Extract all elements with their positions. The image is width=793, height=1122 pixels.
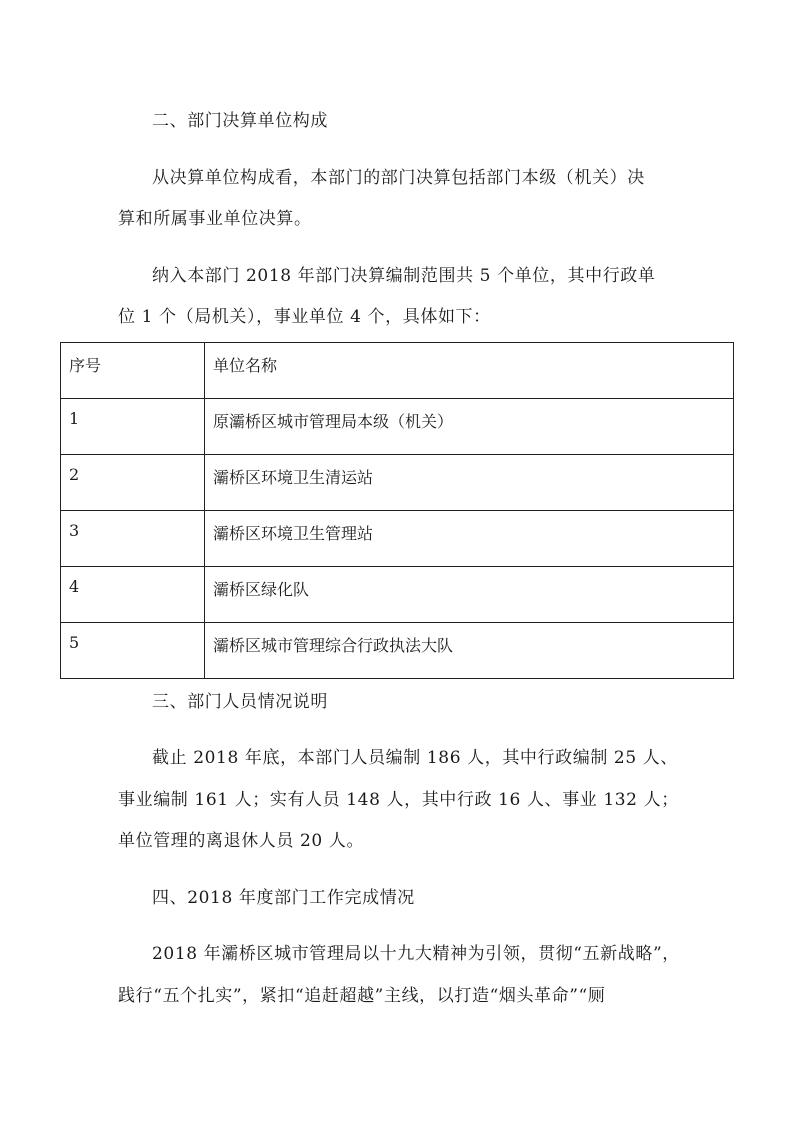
table-row: 5 灞桥区城市管理综合行政执法大队 (61, 623, 734, 679)
section4-para-line2: 践行“五个扎实”，紧扣“追赶超越”主线，以打造“烟头革命”“厕 (118, 981, 605, 1006)
section2-heading: 二、部门决算单位构成 (152, 106, 328, 131)
table-row: 1 原灞桥区城市管理局本级（机关） (61, 399, 734, 455)
row-unit-name: 原灞桥区城市管理局本级（机关） (205, 399, 734, 455)
row-index: 2 (61, 455, 205, 511)
table-row: 3 灞桥区环境卫生管理站 (61, 511, 734, 567)
section3-para-line3: 单位管理的离退休人员 20 人。 (118, 826, 364, 851)
row-unit-name: 灞桥区绿化队 (205, 567, 734, 623)
section3-para-line2: 事业编制 161 人；实有人员 148 人，其中行政 16 人、事业 132 人… (118, 785, 679, 810)
units-table: 序号 单位名称 1 原灞桥区城市管理局本级（机关） 2 灞桥区环境卫生清运站 3… (60, 342, 734, 679)
row-index: 4 (61, 567, 205, 623)
row-unit-name: 灞桥区城市管理综合行政执法大队 (205, 623, 734, 679)
section2-para1-line1: 从决算单位构成看，本部门的部门决算包括部门本级（机关）决 (152, 163, 645, 188)
section2-para2-line2: 位 1 个（局机关），事业单位 4 个，具体如下： (118, 302, 491, 327)
row-index: 1 (61, 399, 205, 455)
table-row: 2 灞桥区环境卫生清运站 (61, 455, 734, 511)
section2-para2-line1: 纳入本部门 2018 年部门决算编制范围共 5 个单位，其中行政单 (152, 261, 656, 286)
section2-para1-line2: 算和所属事业单位决算。 (118, 204, 312, 229)
header-index: 序号 (61, 343, 205, 399)
row-unit-name: 灞桥区环境卫生清运站 (205, 455, 734, 511)
table-header-row: 序号 单位名称 (61, 343, 734, 399)
row-index: 3 (61, 511, 205, 567)
header-unit-name: 单位名称 (205, 343, 734, 399)
row-unit-name: 灞桥区环境卫生管理站 (205, 511, 734, 567)
row-index: 5 (61, 623, 205, 679)
section3-para-line1: 截止 2018 年底，本部门人员编制 186 人，其中行政编制 25 人、 (152, 743, 678, 768)
section3-heading: 三、部门人员情况说明 (152, 687, 328, 712)
section4-heading: 四、2018 年度部门工作完成情况 (152, 883, 415, 908)
table-row: 4 灞桥区绿化队 (61, 567, 734, 623)
section4-para-line1: 2018 年灞桥区城市管理局以十九大精神为引领，贯彻“五新战略”， (152, 939, 680, 964)
